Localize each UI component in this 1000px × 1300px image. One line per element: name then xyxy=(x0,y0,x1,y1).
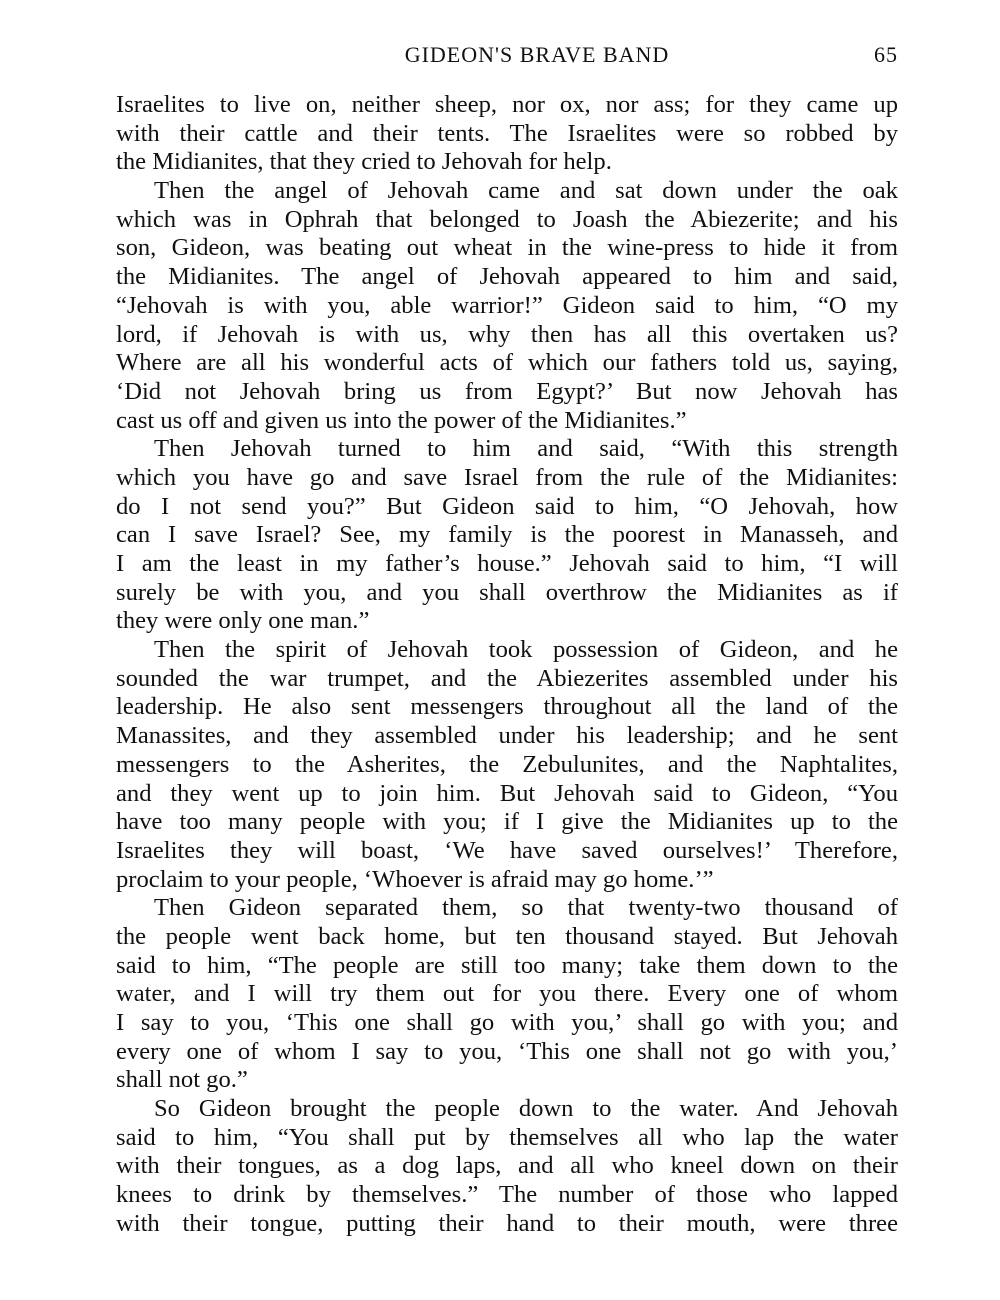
text-line: Israelites to live on, neither sheep, no… xyxy=(116,91,898,120)
text-line: the people went back home, but ten thous… xyxy=(116,923,898,952)
running-header: GIDEON'S BRAVE BAND 65 xyxy=(116,38,898,78)
text-line: have too many people with you; if I give… xyxy=(116,808,898,837)
text-line: lord, if Jehovah is with us, why then ha… xyxy=(116,321,898,350)
text-line: said to him, “You shall put by themselve… xyxy=(116,1124,898,1153)
text-line: can I save Israel? See, my family is the… xyxy=(116,521,898,550)
text-line: which was in Ophrah that belonged to Joa… xyxy=(116,206,898,235)
text-line: ‘Did not Jehovah bring us from Egypt?’ B… xyxy=(116,378,898,407)
text-line: which you have go and save Israel from t… xyxy=(116,464,898,493)
text-line: with their tongue, putting their hand to… xyxy=(116,1210,898,1239)
text-line: I am the least in my father’s house.” Je… xyxy=(116,550,898,579)
text-line: every one of whom I say to you, ‘This on… xyxy=(116,1038,898,1067)
text-line: do I not send you?” But Gideon said to h… xyxy=(116,493,898,522)
text-line: son, Gideon, was beating out wheat in th… xyxy=(116,234,898,263)
text-line: cast us off and given us into the power … xyxy=(116,407,898,436)
text-line: I say to you, ‘This one shall go with yo… xyxy=(116,1009,898,1038)
text-line: messengers to the Asherites, the Zebulun… xyxy=(116,751,898,780)
text-line: Israelites they will boast, ‘We have sav… xyxy=(116,837,898,866)
text-line: leadership. He also sent messengers thro… xyxy=(116,693,898,722)
page-number: 65 xyxy=(874,42,898,68)
text-line: Then the angel of Jehovah came and sat d… xyxy=(116,177,898,206)
text-line: “Jehovah is with you, able warrior!” Gid… xyxy=(116,292,898,321)
text-line: with their tongues, as a dog laps, and a… xyxy=(116,1152,898,1181)
text-line: with their cattle and their tents. The I… xyxy=(116,120,898,149)
text-line: and they went up to join him. But Jehova… xyxy=(116,780,898,809)
text-line: proclaim to your people, ‘Whoever is afr… xyxy=(116,866,898,895)
chapter-title: GIDEON'S BRAVE BAND xyxy=(116,42,898,68)
text-line: knees to drink by themselves.” The numbe… xyxy=(116,1181,898,1210)
text-line: shall not go.” xyxy=(116,1066,898,1095)
text-line: surely be with you, and you shall overth… xyxy=(116,579,898,608)
text-line: they were only one man.” xyxy=(116,607,898,636)
text-line: Manassites, and they assembled under his… xyxy=(116,722,898,751)
text-line: Then Gideon separated them, so that twen… xyxy=(116,894,898,923)
body-text: Israelites to live on, neither sheep, no… xyxy=(116,91,898,1239)
text-line: sounded the war trumpet, and the Abiezer… xyxy=(116,665,898,694)
text-line: Then the spirit of Jehovah took possessi… xyxy=(116,636,898,665)
text-line: the Midianites. The angel of Jehovah app… xyxy=(116,263,898,292)
text-line: Then Jehovah turned to him and said, “Wi… xyxy=(116,435,898,464)
text-line: So Gideon brought the people down to the… xyxy=(116,1095,898,1124)
text-line: the Midianites, that they cried to Jehov… xyxy=(116,148,898,177)
text-line: Where are all his wonderful acts of whic… xyxy=(116,349,898,378)
text-line: said to him, “The people are still too m… xyxy=(116,952,898,981)
text-line: water, and I will try them out for you t… xyxy=(116,980,898,1009)
book-page: GIDEON'S BRAVE BAND 65 Israelites to liv… xyxy=(116,38,898,1239)
